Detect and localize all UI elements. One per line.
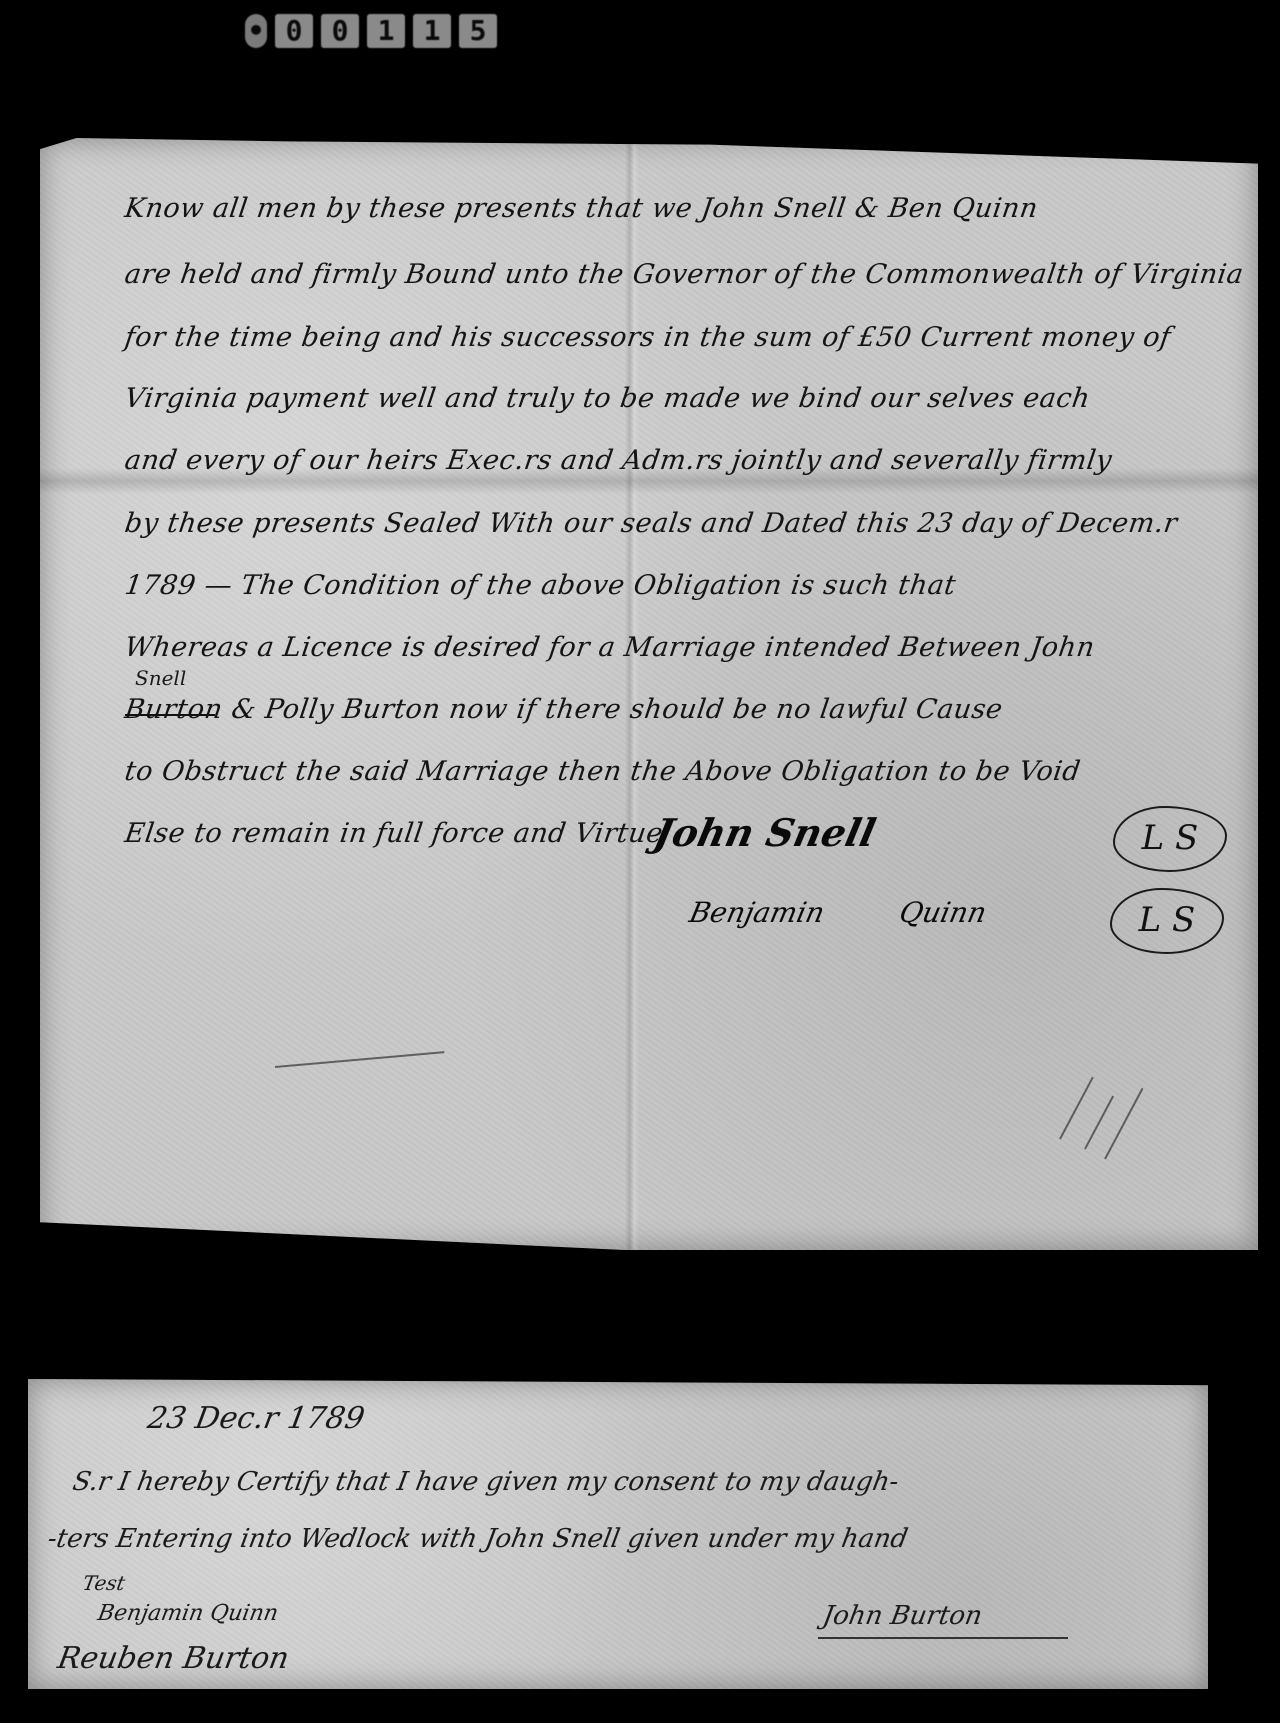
marriage-bond-document: Know all men by these presents that we J…	[40, 138, 1258, 1250]
pen-scratch	[1059, 1077, 1094, 1140]
pen-scratch	[275, 1051, 445, 1068]
parental-consent-slip: 23 Dec.r 1789 S.r I hereby Certify that …	[28, 1379, 1208, 1689]
frame-digit: 5	[459, 14, 497, 48]
frame-digit: 1	[413, 14, 451, 48]
signature-benjamin: Benjamin	[686, 896, 827, 929]
bond-line-2: are held and firmly Bound unto the Gover…	[123, 259, 1246, 290]
bond-line-1: Know all men by these presents that we J…	[123, 193, 1040, 224]
witness-reuben-burton: Reuben Burton	[55, 1641, 292, 1676]
microfilm-frame-number: • 0 0 1 1 5	[245, 14, 497, 48]
signature-underline	[818, 1637, 1068, 1639]
bond-line-6: by these presents Sealed With our seals …	[123, 508, 1180, 539]
bond-line-3: for the time being and his successors in…	[123, 322, 1173, 353]
signature-john-snell: John Snell	[650, 810, 880, 855]
strikethrough-mark	[125, 714, 215, 716]
frame-digit: 0	[275, 14, 313, 48]
bond-line-8: Whereas a Licence is desired for a Marri…	[123, 632, 1097, 663]
bond-line-9: Burton & Polly Burton now if there shoul…	[123, 694, 1005, 725]
consent-date: 23 Dec.r 1789	[145, 1401, 367, 1436]
signature-quinn: Quinn	[896, 896, 989, 929]
test-label: Test	[81, 1571, 127, 1595]
bond-line-10: to Obstruct the said Marriage then the A…	[123, 756, 1083, 787]
bond-line-11: Else to remain in full force and Virtue	[123, 818, 665, 849]
pen-scratch	[1084, 1096, 1114, 1150]
witness-benjamin-quinn: Benjamin Quinn	[96, 1601, 280, 1626]
consent-line-1: S.r I hereby Certify that I have given m…	[70, 1467, 901, 1497]
frame-digit: 0	[321, 14, 359, 48]
bond-line-5: and every of our heirs Exec.rs and Adm.r…	[123, 445, 1114, 476]
interlineated-word: Snell	[135, 666, 186, 690]
bond-line-7: 1789 — The Condition of the above Obliga…	[123, 570, 958, 601]
bond-line-4: Virginia payment well and truly to be ma…	[123, 383, 1092, 414]
seal-2: L S	[1110, 888, 1224, 954]
signature-john-burton: John Burton	[820, 1601, 984, 1631]
frame-digit: 1	[367, 14, 405, 48]
frame-digit: •	[245, 14, 267, 48]
seal-1: L S	[1113, 806, 1227, 872]
consent-line-2: -ters Entering into Wedlock with John Sn…	[45, 1524, 910, 1554]
